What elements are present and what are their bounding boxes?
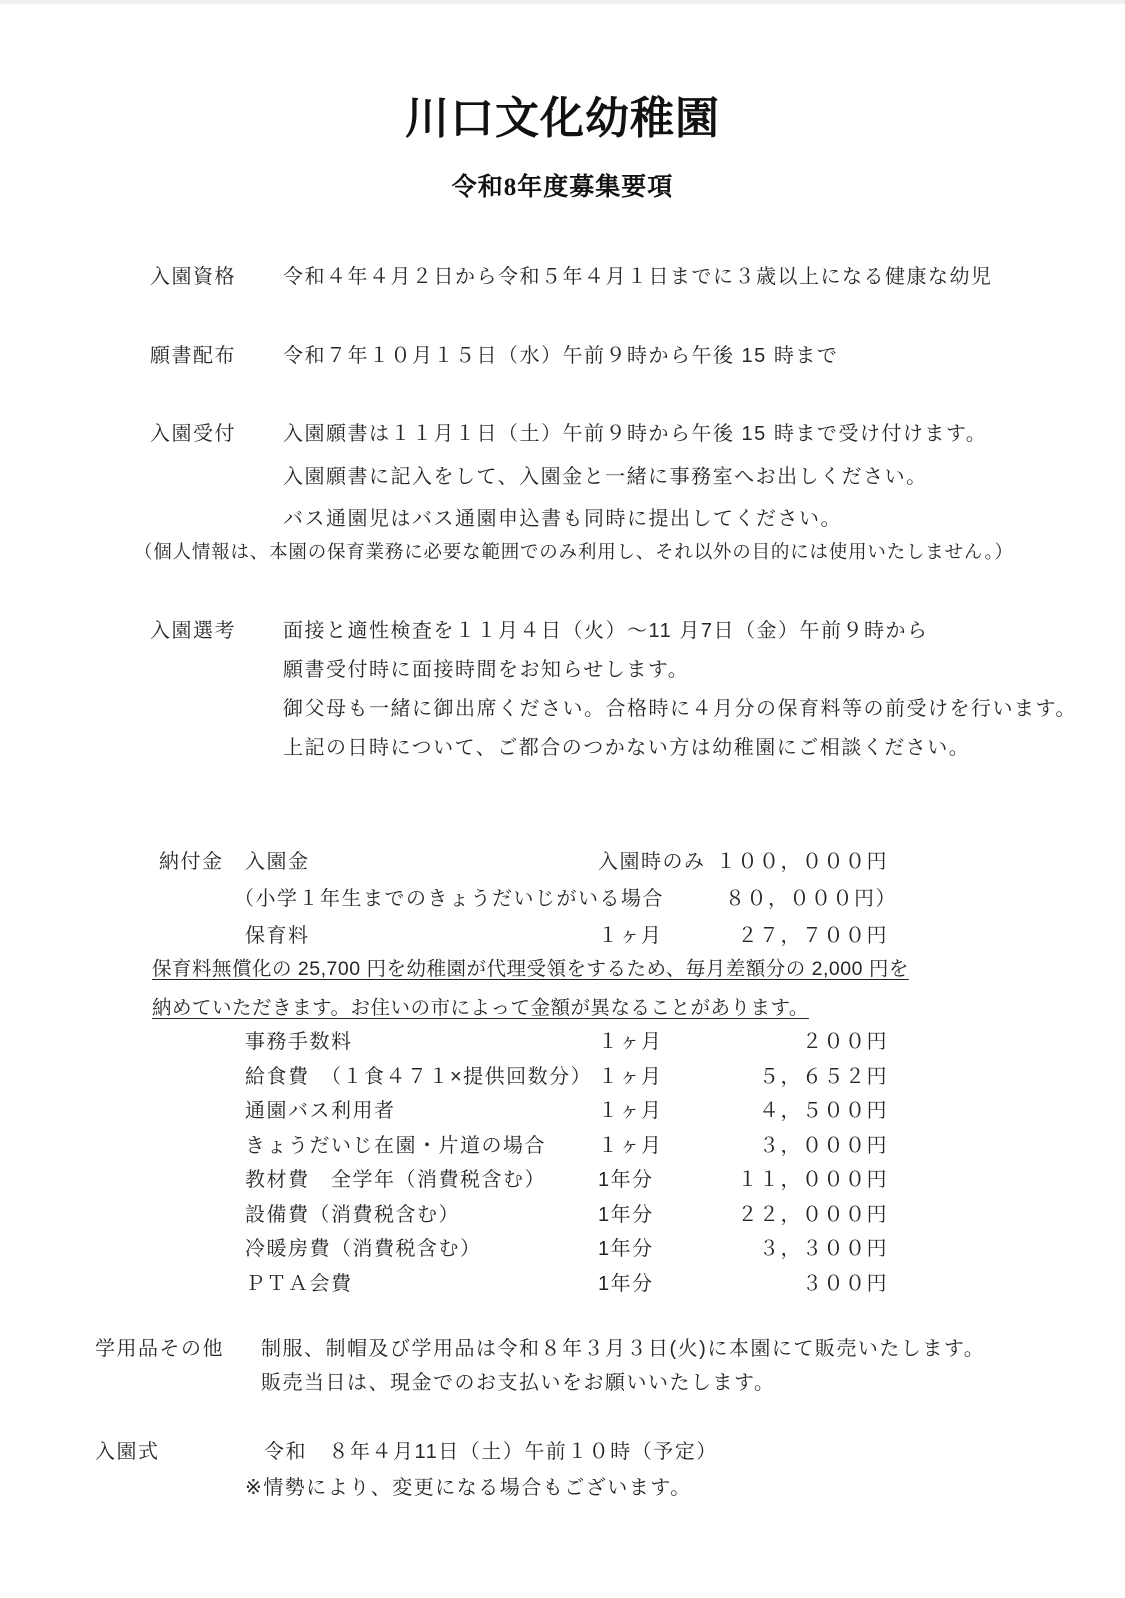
fee-amount: ３，０００円 [660,1135,888,1158]
selection-label: 入園選考 [150,620,236,643]
fee-item: 保育料 [245,925,310,948]
fee-period: １ヶ月 [598,925,663,948]
fee-item: 入園金 [245,851,310,874]
eligibility-label: 入園資格 [150,266,236,289]
privacy-note: （個人情報は、本園の保育業務に必要な範囲でのみ利用し、それ以外の目的には使用いた… [134,541,1014,562]
fee-period: １ヶ月 [598,1031,663,1054]
fee-item: 事務手数料 [245,1031,353,1054]
fee-period: 1年分 [598,1204,654,1227]
fee-item: ＰＴＡ会費 [245,1273,353,1296]
page-subtitle: 令和8年度募集要項 [0,174,1125,203]
fee-amount: １１，０００円 [660,1169,888,1192]
fee-period: １ヶ月 [598,1100,663,1123]
fee-amount: ５，６５２円 [660,1066,888,1089]
supplies-line1: 制服、制帽及び学用品は令和８年３月３日(火)に本園にて販売いたします。 [261,1338,985,1361]
fee-period: １ヶ月 [598,1066,663,1089]
fee-amount: ８０，０００円） [660,888,897,911]
fee-amount: ４，５００円 [660,1100,888,1123]
fee-amount: ２００円 [660,1031,888,1054]
fees-label: 納付金 [159,851,224,874]
fee-period: １ヶ月 [598,1135,663,1158]
selection-line1: 面接と適性検査を１１月４日（火）～11 月7日（金）午前９時から [283,620,928,643]
selection-line3: 御父母も一緒に御出席ください。合格時に４月分の保育料等の前受けを行います。 [283,698,1077,721]
reception-line1: 入園願書は１１月１日（土）午前９時から午後 15 時まで受け付けます。 [283,423,987,446]
fee-item: 設備費（消費税含む） [245,1204,460,1227]
supplies-label: 学用品その他 [95,1338,224,1361]
fee-item: 給食費 （１食４７１×提供回数分） [245,1066,592,1089]
reception-label: 入園受付 [150,423,236,446]
selection-line4: 上記の日時について、ご都合のつかない方は幼稚園にご相談ください。 [283,737,970,760]
fee-period: 1年分 [598,1169,654,1192]
selection-line2: 願書受付時に面接時間をお知らせします。 [283,659,689,682]
distribution-text: 令和７年１０月１５日（水）午前９時から午後 15 時まで [283,345,838,368]
fee-item: 教材費 全学年（消費税含む） [245,1169,546,1192]
subsidy-note-line2: 納めていただきます。お住いの市によって金額が異なることがあります。 [152,997,809,1019]
page-title: 川口文化幼稚園 [0,94,1125,145]
ceremony-text: 令和 ８年４月11日（土）午前１０時（予定） [264,1441,718,1464]
reception-line3: バス通園児はバス通園申込書も同時に提出してください。 [283,508,842,531]
supplies-line2: 販売当日は、現金でのお支払いをお願いいたします。 [261,1372,775,1395]
fee-period: 1年分 [598,1273,654,1296]
distribution-label: 願書配布 [150,345,236,368]
fee-amount: ３，３００円 [660,1238,888,1261]
fee-item: きょうだいじ在園・片道の場合 [245,1135,546,1158]
fee-item: 冷暖房費（消費税含む） [245,1238,482,1261]
fee-item: 通園バス利用者 [245,1100,396,1123]
fee-amount: １００，０００円 [660,851,888,874]
subsidy-note-line1: 保育料無償化の 25,700 円を幼稚園が代理受領をするため、毎月差額分の 2,… [152,958,909,980]
fee-period: 1年分 [598,1238,654,1261]
fee-item: （小学１年生までのきょうだいじがいる場合 [234,888,664,911]
fee-amount: ３００円 [660,1273,888,1296]
document-page: 川口文化幼稚園 令和8年度募集要項 入園資格 令和４年４月２日から令和５年４月１… [0,0,1125,1598]
fee-amount: ２７，７００円 [660,925,888,948]
page-top-border [0,0,1125,4]
reception-line2: 入園願書に記入をして、入園金と一緒に事務室へお出しください。 [283,466,928,489]
ceremony-note: ※情勢により、変更になる場合もございます。 [245,1477,692,1500]
ceremony-label: 入園式 [95,1441,160,1464]
eligibility-text: 令和４年４月２日から令和５年４月１日までに３歳以上になる健康な幼児 [283,266,993,289]
fee-amount: ２２，０００円 [660,1204,888,1227]
